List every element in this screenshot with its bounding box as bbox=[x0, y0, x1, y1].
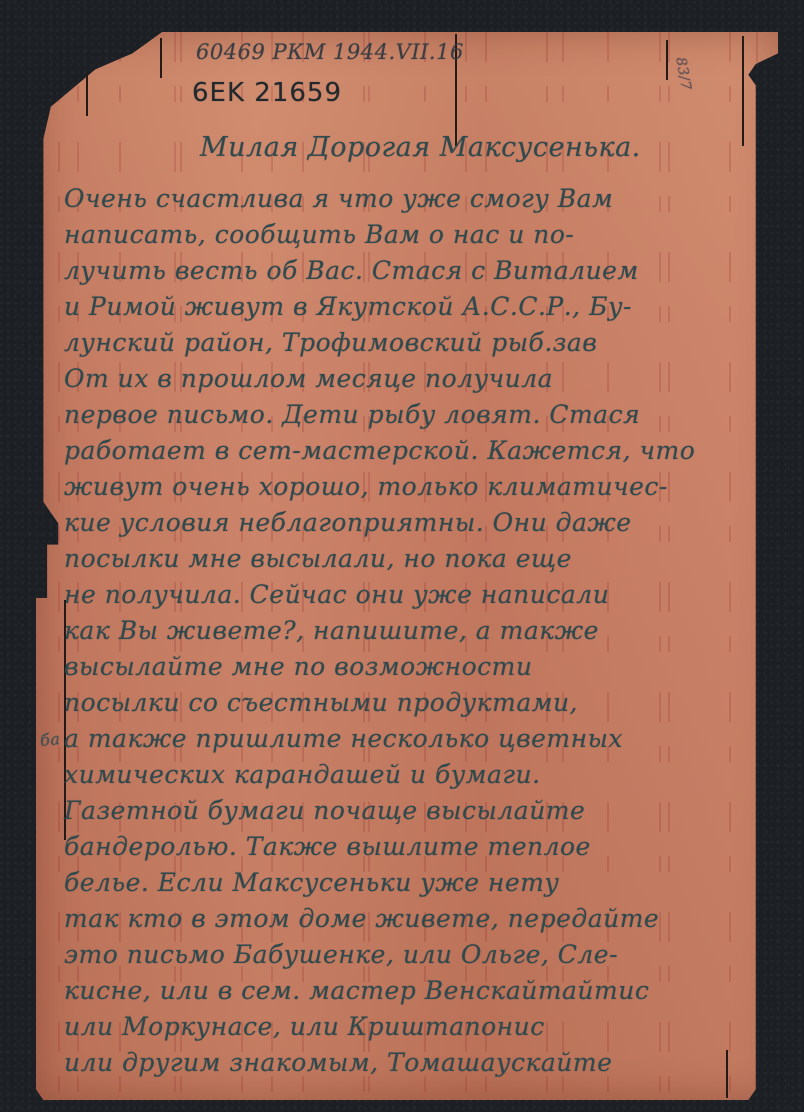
letter-line: От их в прошлом месяце получила bbox=[64, 364, 553, 393]
letter-line: Очень счастлива я что уже смогу Вам bbox=[64, 184, 613, 213]
letter-line: первое письмо. Дети рыбу ловят. Стася bbox=[64, 400, 640, 429]
letter-salutation: Милая Дорогая Максусенька. bbox=[200, 132, 641, 163]
inventory-number: 6EK 21659 bbox=[192, 78, 342, 108]
letter-line: химических карандашей и бумаги. bbox=[64, 760, 541, 789]
margin-note: ба bbox=[39, 729, 61, 750]
letter-line: кие условия неблагоприятны. Они даже bbox=[64, 508, 632, 537]
letter-line: лучить весть об Вас. Стася с Виталием bbox=[64, 256, 639, 285]
letter-line: и Римой живут в Якутской А.С.С.Р., Бу- bbox=[64, 292, 632, 321]
letter-line: белье. Если Максусеньки уже нету bbox=[64, 868, 559, 897]
bark-crack bbox=[666, 40, 668, 80]
letter-line: написать, сообщить Вам о нас и по- bbox=[64, 220, 574, 249]
letter-line: кисне, или в сем. мастер Венскайтайтис bbox=[64, 976, 649, 1005]
letter-line: так кто в этом доме живете, передайте bbox=[64, 904, 659, 933]
letter-line: работает в сет-мастерской. Кажется, что bbox=[64, 436, 695, 465]
letter-line: лунский район, Трофимовский рыб.зав bbox=[64, 328, 597, 357]
letter-line: это письмо Бабушенке, или Ольге, Сле- bbox=[64, 940, 618, 969]
letter-line: не получила. Сейчас они уже написали bbox=[64, 580, 609, 609]
bark-crack bbox=[86, 72, 88, 116]
letter-line: или другим знакомым, Томашаускайте bbox=[64, 1048, 612, 1077]
bark-crack bbox=[742, 36, 744, 146]
letter-line: а также пришлите несколько цветных bbox=[64, 724, 623, 753]
letter-line: посылки мне высылали, но пока еще bbox=[64, 544, 572, 573]
letter-line: бандеролью. Также вышлите теплое bbox=[64, 832, 591, 861]
letter-line: высылайте мне по возможности bbox=[64, 652, 532, 681]
bark-crack bbox=[160, 38, 162, 78]
archive-stamp: 60469 РКМ 1944.VII.16 bbox=[196, 40, 464, 64]
letter-line: посылки со съестными продуктами, bbox=[64, 688, 578, 717]
letter-line: как Вы живете?, напишите, а также bbox=[64, 616, 599, 645]
letter-line: или Моркунасе, или Криштапонис bbox=[64, 1012, 545, 1041]
letter-line: Газетной бумаги почаще высылайте bbox=[64, 796, 585, 825]
bark-crack bbox=[726, 1050, 728, 1098]
letter-line: живут очень хорошо, только климатичес- bbox=[64, 472, 668, 501]
